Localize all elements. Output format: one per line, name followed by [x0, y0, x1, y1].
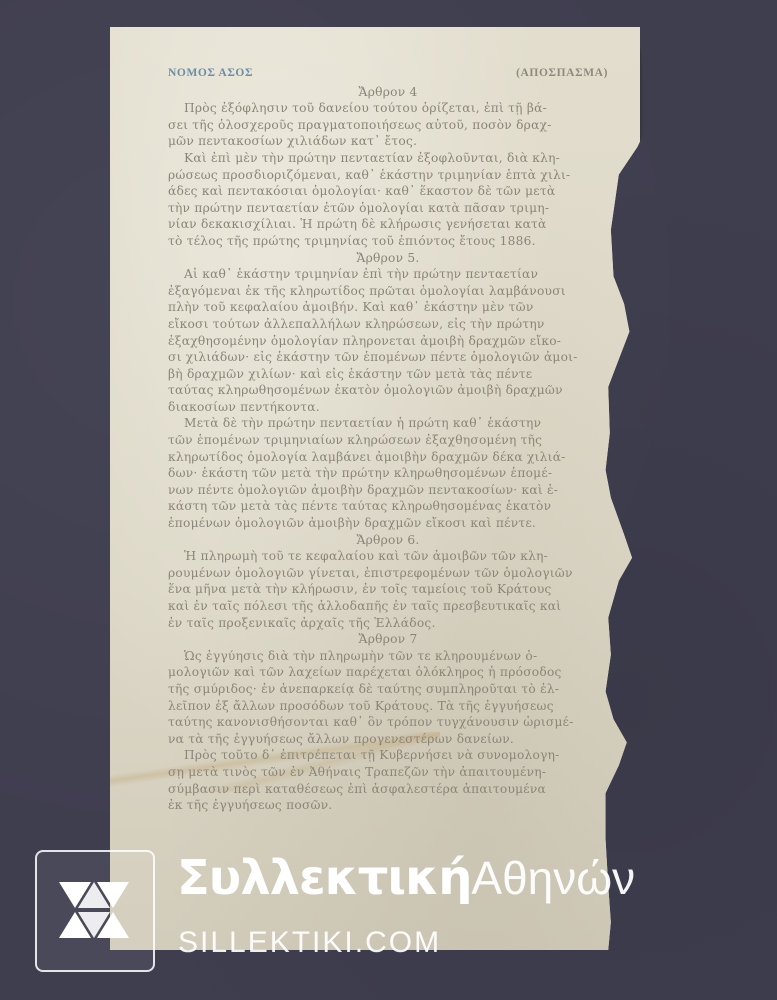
- text-line: λεῖπον ἐξ ἄλλων προσόδων τοῦ Κράτους. Τὰ…: [168, 698, 608, 715]
- text-line: σι χιλιάδων· εἰς ἑκάστην τῶν ἑπομένων πέ…: [168, 349, 608, 366]
- text-line: τὴν πρώτην πενταετίαν ἐτῶν ὁμολογίαι κατ…: [168, 200, 608, 217]
- watermark-brand-light: Αθηνών: [471, 852, 635, 904]
- text-line: μῶν πεντακοσίων χιλιάδων κατ᾽ ἔτος.: [168, 133, 608, 150]
- text-line: ἐν ταῖς προξενικαῖς ἀρχαῖς τῆς Ἑλλάδος.: [168, 615, 608, 632]
- text-line: καὶ ἐν ταῖς πόλεσι τῆς ἀλλοδαπῆς ἐν ταῖς…: [168, 598, 608, 615]
- text-line: να τὰ τῆς ἐγγυήσεως ἄλλων προγενεστέρων …: [168, 731, 608, 748]
- article-title: Ἄρθρον 4: [168, 84, 608, 101]
- text-line: μολογιῶν καὶ τῶν λαχείων παρέχεται ὁλόκλ…: [168, 664, 608, 681]
- text-line: διακοσίων πεντήκοντα.: [168, 399, 608, 416]
- watermark-url: SILLEKTIKI.COM: [178, 926, 441, 960]
- document-paper: ΝΟΜΟΣ ΑΣΟΣ (ΑΠΟΣΠΑΣΜΑ) Ἄρθρον 4Πρὸς ἐξόφ…: [110, 27, 640, 950]
- text-line: Ὡς ἐγγύησις διὰ τὴν πληρωμὴν τῶν τε κληρ…: [168, 648, 608, 665]
- text-line: Ἡ πληρωμὴ τοῦ τε κεφαλαίου καὶ τῶν ἀμοιβ…: [168, 548, 608, 565]
- text-line: ἐκ τῆς ἐγγυήσεως ποσῶν.: [168, 797, 608, 814]
- article-body: Ἡ πληρωμὴ τοῦ τε κεφαλαίου καὶ τῶν ἀμοιβ…: [168, 548, 608, 631]
- articles: Ἄρθρον 4Πρὸς ἐξόφλησιν τοῦ δανείου τούτο…: [168, 84, 608, 814]
- text-line: ρώσεως προσδιοριζόμεναι, καθ᾽ ἑκάστην τρ…: [168, 167, 608, 184]
- text-line: Πρὸς τοῦτο δ᾽ ἐπιτρέπεται τῇ Κυβερνήσει …: [168, 747, 608, 764]
- document-text: ΝΟΜΟΣ ΑΣΟΣ (ΑΠΟΣΠΑΣΜΑ) Ἄρθρον 4Πρὸς ἐξόφ…: [168, 65, 608, 814]
- text-line: τῶν ἑπομένων τριμηνιαίων κληρώσεων ἐξαχθ…: [168, 432, 608, 449]
- text-line: τὸ τέλος τῆς πρώτης τριμηνίας τοῦ ἐπιόντ…: [168, 233, 608, 250]
- text-line: σει τῆς ὁλοσχεροῦς πραγματοποιήσεως αὐτο…: [168, 117, 608, 134]
- text-line: σύμβασιν περὶ καταθέσεως ἐπὶ ἀσφαλεστέρα…: [168, 781, 608, 798]
- article-title: Ἄρθρον 5.: [168, 250, 608, 267]
- article-body: Ὡς ἐγγύησις διὰ τὴν πληρωμὴν τῶν τε κληρ…: [168, 648, 608, 814]
- text-line: ταύτας κληρωθησομένων ἑκατὸν ὁμολογιῶν ἀ…: [168, 382, 608, 399]
- text-line: Καὶ ἐπὶ μὲν τὴν πρώτην πενταετίαν ἐξοφλο…: [168, 150, 608, 167]
- text-line: δων· ἑκάστη τῶν μετὰ τὴν πρώτην κληρωθησ…: [168, 465, 608, 482]
- article-title: Ἄρθρον 6.: [168, 532, 608, 549]
- text-line: τῆς σμύριδος· ἐν ἀνεπαρκείᾳ δὲ ταύτης συ…: [168, 681, 608, 698]
- text-line: νίαν δεκακισχίλιαι. Ἡ πρώτη δὲ κλήρωσις …: [168, 216, 608, 233]
- watermark-logo: [35, 850, 155, 972]
- watermark-brand: ΣυλλεκτικήΑθηνών: [177, 850, 635, 906]
- text-line: Μετὰ δὲ τὴν πρώτην πενταετίαν ἡ πρώτη κα…: [168, 415, 608, 432]
- excerpt-label: (ΑΠΟΣΠΑΣΜΑ): [516, 65, 608, 82]
- text-line: ἐξαγόμεναι ἐκ τῆς κληρωτίδος πρῶται ὁμολ…: [168, 283, 608, 300]
- text-line: Πρὸς ἐξόφλησιν τοῦ δανείου τούτου ὁρίζετ…: [168, 100, 608, 117]
- text-line: ρουμένων ὁμολογιῶν γίνεται, ἐπιστρεφομέν…: [168, 565, 608, 582]
- text-line: ἕνα μῆνα μετὰ τὴν κλήρωσιν, ἐν τοῖς ταμε…: [168, 581, 608, 598]
- article-body: Αἱ καθ᾽ ἑκάστην τριμηνίαν ἐπὶ τὴν πρώτην…: [168, 266, 608, 532]
- law-title: ΝΟΜΟΣ ΑΣΟΣ: [168, 65, 253, 82]
- text-line: ἐξαχθησομένην ὁμολογίαν πληρονεται ἀμοιβ…: [168, 333, 608, 350]
- text-line: νων πέντε ὁμολογιῶν ἀμοιβὴν δραχμῶν πεντ…: [168, 482, 608, 499]
- text-line: εἴκοσι τούτων ἀλλεπαλλήλων κληρώσεων, εἰ…: [168, 316, 608, 333]
- text-line: κάστη τῶν μετὰ τὰς πέντε ταύτας κληρωθησ…: [168, 498, 608, 515]
- text-line: βὴ δραχμῶν χιλίων· καὶ εἰς ἑκάστην τῶν μ…: [168, 366, 608, 383]
- text-line: ταύτης κανονισθήσονται καθ᾽ ὃν τρόπον τυ…: [168, 714, 608, 731]
- article-title: Ἄρθρον 7: [168, 631, 608, 648]
- watermark-brand-bold: Συλλεκτική: [177, 850, 471, 906]
- text-line: Αἱ καθ᾽ ἑκάστην τριμηνίαν ἐπὶ τὴν πρώτην…: [168, 266, 608, 283]
- text-line: ἑπομένων ὁμολογιῶν ἀμοιβὴν δραχμῶν εἴκοσ…: [168, 515, 608, 532]
- text-line: πλὴν τοῦ κεφαλαίου ἀμοιβήν. Καὶ καθ᾽ ἑκά…: [168, 299, 608, 316]
- document-header: ΝΟΜΟΣ ΑΣΟΣ (ΑΠΟΣΠΑΣΜΑ): [168, 65, 608, 82]
- text-line: σῃ μετὰ τινὸς τῶν ἐν Ἀθήναις Τραπεζῶν τὴ…: [168, 764, 608, 781]
- text-line: κληρωτίδος ὁμολογία λαμβάνει ἀμοιβὴν δρα…: [168, 449, 608, 466]
- article-body: Πρὸς ἐξόφλησιν τοῦ δανείου τούτου ὁρίζετ…: [168, 100, 608, 249]
- text-line: άδες καὶ πεντακόσιαι ὁμολογίαι· καθ᾽ ἕκα…: [168, 183, 608, 200]
- hexagram-triangles-logo-icon: [57, 880, 131, 940]
